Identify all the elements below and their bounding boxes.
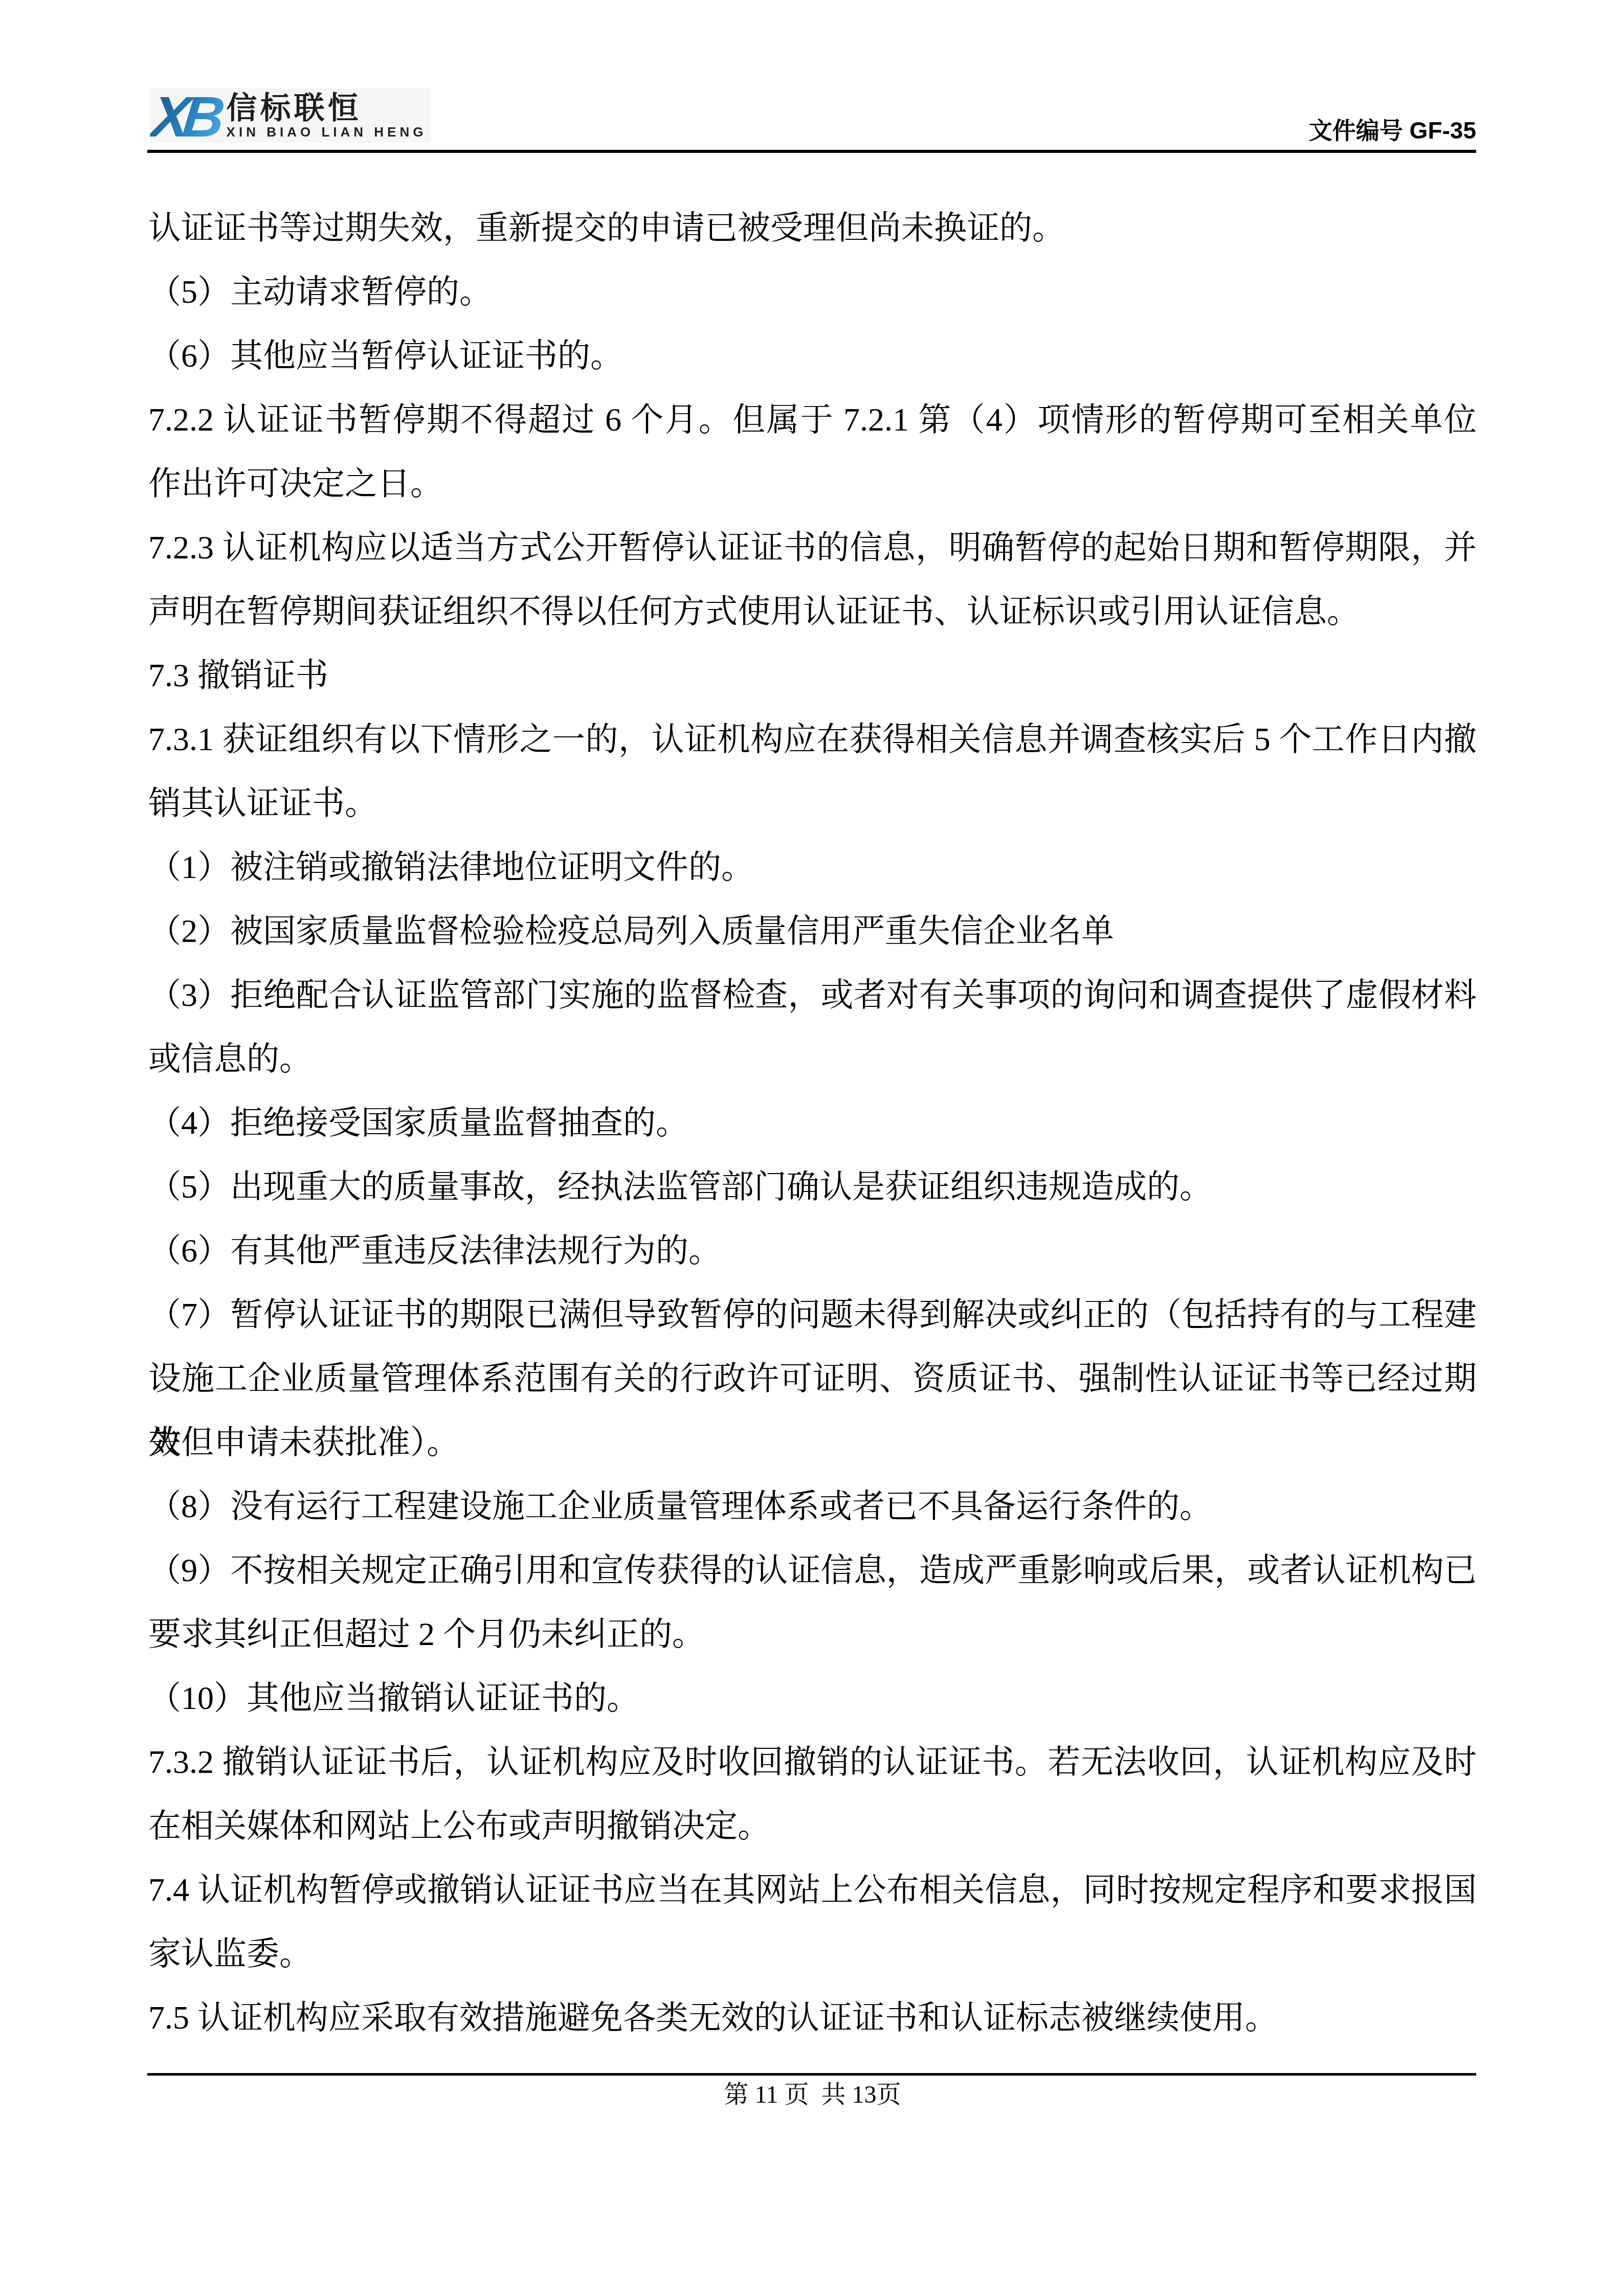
body-line: （1）被注销或撤销法律地位证明文件的。	[148, 835, 1477, 899]
body-line: 在相关媒体和网站上公布或声明撤销决定。	[148, 1794, 1477, 1858]
body-line: （6）有其他严重违反法律法规行为的。	[148, 1219, 1477, 1282]
body-line: 7.5 认证机构应采取有效措施避免各类无效的认证证书和认证标志被继续使用。	[148, 1986, 1477, 2050]
page-number: 第 11 页 共 13页	[148, 2077, 1477, 2113]
document-number: 文件编号 GF-35	[1309, 117, 1476, 144]
body-line: （5）主动请求暂停的。	[148, 260, 1477, 324]
body-line: 或信息的。	[148, 1027, 1477, 1091]
body-line: （6）其他应当暂停认证证书的。	[148, 324, 1477, 388]
body-line: 7.4 认证机构暂停或撤销认证证书应当在其网站上公布相关信息，同时按规定程序和要…	[148, 1858, 1477, 1922]
body-line: 7.2.2 认证证书暂停期不得超过 6 个月。但属于 7.2.1 第（4）项情形…	[148, 388, 1477, 452]
body-line: 作出许可决定之日。	[148, 452, 1477, 515]
body-line: （4）拒绝接受国家质量监督抽查的。	[148, 1091, 1477, 1155]
logo-company-name-cn: 信标联恒	[227, 93, 427, 124]
body-line: 声明在暂停期间获证组织不得以任何方式使用认证证书、认证标识或引用认证信息。	[148, 579, 1477, 643]
body-line: （10）其他应当撤销认证证书的。	[148, 1666, 1477, 1730]
body-line: （5）出现重大的质量事故，经执法监管部门确认是获证组织违规造成的。	[148, 1155, 1477, 1219]
body-line: 7.3.2 撤销认证证书后，认证机构应及时收回撤销的认证证书。若无法收回，认证机…	[148, 1730, 1477, 1794]
body-line: （8）没有运行工程建设施工企业质量管理体系或者已不具备运行条件的。	[148, 1474, 1477, 1538]
body-line: （7）暂停认证证书的期限已满但导致暂停的问题未得到解决或纠正的（包括持有的与工程…	[148, 1282, 1477, 1346]
header-rule	[147, 150, 1476, 153]
logo-text-block: 信标联恒 XIN BIAO LIAN HENG	[227, 93, 427, 143]
logo-xb-icon: XB	[149, 92, 229, 143]
document-body: 认证证书等过期失效，重新提交的申请已被受理但尚未换证的。（5）主动请求暂停的。（…	[148, 196, 1477, 2050]
body-line: （3）拒绝配合认证监管部门实施的监督检查，或者对有关事项的询问和调查提供了虚假材…	[148, 963, 1477, 1027]
body-line: 效但申请未获批准）。	[148, 1410, 1477, 1474]
body-line: 设施工企业质量管理体系范围有关的行政许可证明、资质证书、强制性认证证书等已经过期…	[148, 1346, 1477, 1410]
body-line: 要求其纠正但超过 2 个月仍未纠正的。	[148, 1602, 1477, 1666]
body-line: 认证证书等过期失效，重新提交的申请已被受理但尚未换证的。	[148, 196, 1477, 260]
footer-rule	[147, 2073, 1476, 2076]
document-page: XB 信标联恒 XIN BIAO LIAN HENG 文件编号 GF-35 认证…	[0, 0, 1624, 2296]
logo-company-name-en: XIN BIAO LIAN HENG	[227, 124, 427, 140]
body-line: 7.3 撤销证书	[148, 643, 1477, 707]
body-line: 家认监委。	[148, 1922, 1477, 1986]
body-line: 7.3.1 获证组织有以下情形之一的，认证机构应在获得相关信息并调查核实后 5 …	[148, 707, 1477, 771]
body-line: 7.2.3 认证机构应以适当方式公开暂停认证证书的信息，明确暂停的起始日期和暂停…	[148, 515, 1477, 579]
company-logo: XB 信标联恒 XIN BIAO LIAN HENG	[150, 88, 431, 143]
body-line: （9）不按相关规定正确引用和宣传获得的认证信息，造成严重影响或后果，或者认证机构…	[148, 1538, 1477, 1602]
body-line: （2）被国家质量监督检验检疫总局列入质量信用严重失信企业名单	[148, 899, 1477, 963]
body-line: 销其认证证书。	[148, 771, 1477, 835]
